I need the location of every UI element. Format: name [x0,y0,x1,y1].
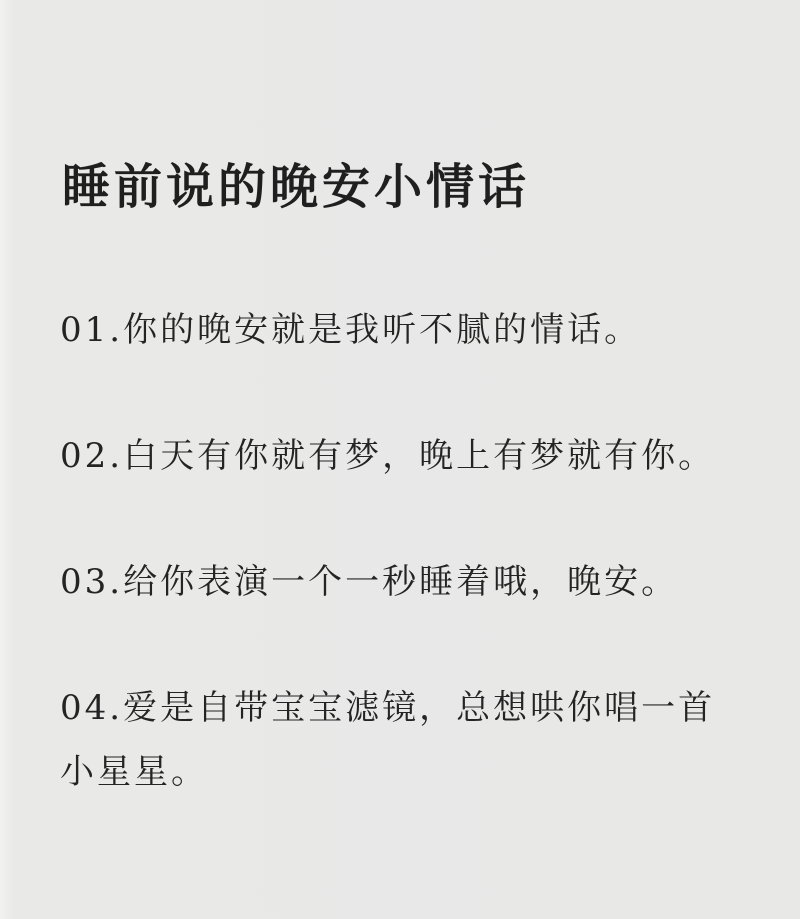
quote-card: 睡前说的晚安小情话 01.你的晚安就是我听不腻的情话。 02.白天有你就有梦，晚… [0,0,800,919]
quote-line-01: 01.你的晚安就是我听不腻的情话。 [60,298,748,362]
quote-line-04: 04.爱是自带宝宝滤镜，总想哄你唱一首小星星。 [60,676,748,804]
page-title: 睡前说的晚安小情话 [62,156,748,218]
quote-line-02: 02.白天有你就有梦，晚上有梦就有你。 [60,424,748,488]
quote-line-03: 03.给你表演一个一秒睡着哦，晚安。 [60,550,748,614]
